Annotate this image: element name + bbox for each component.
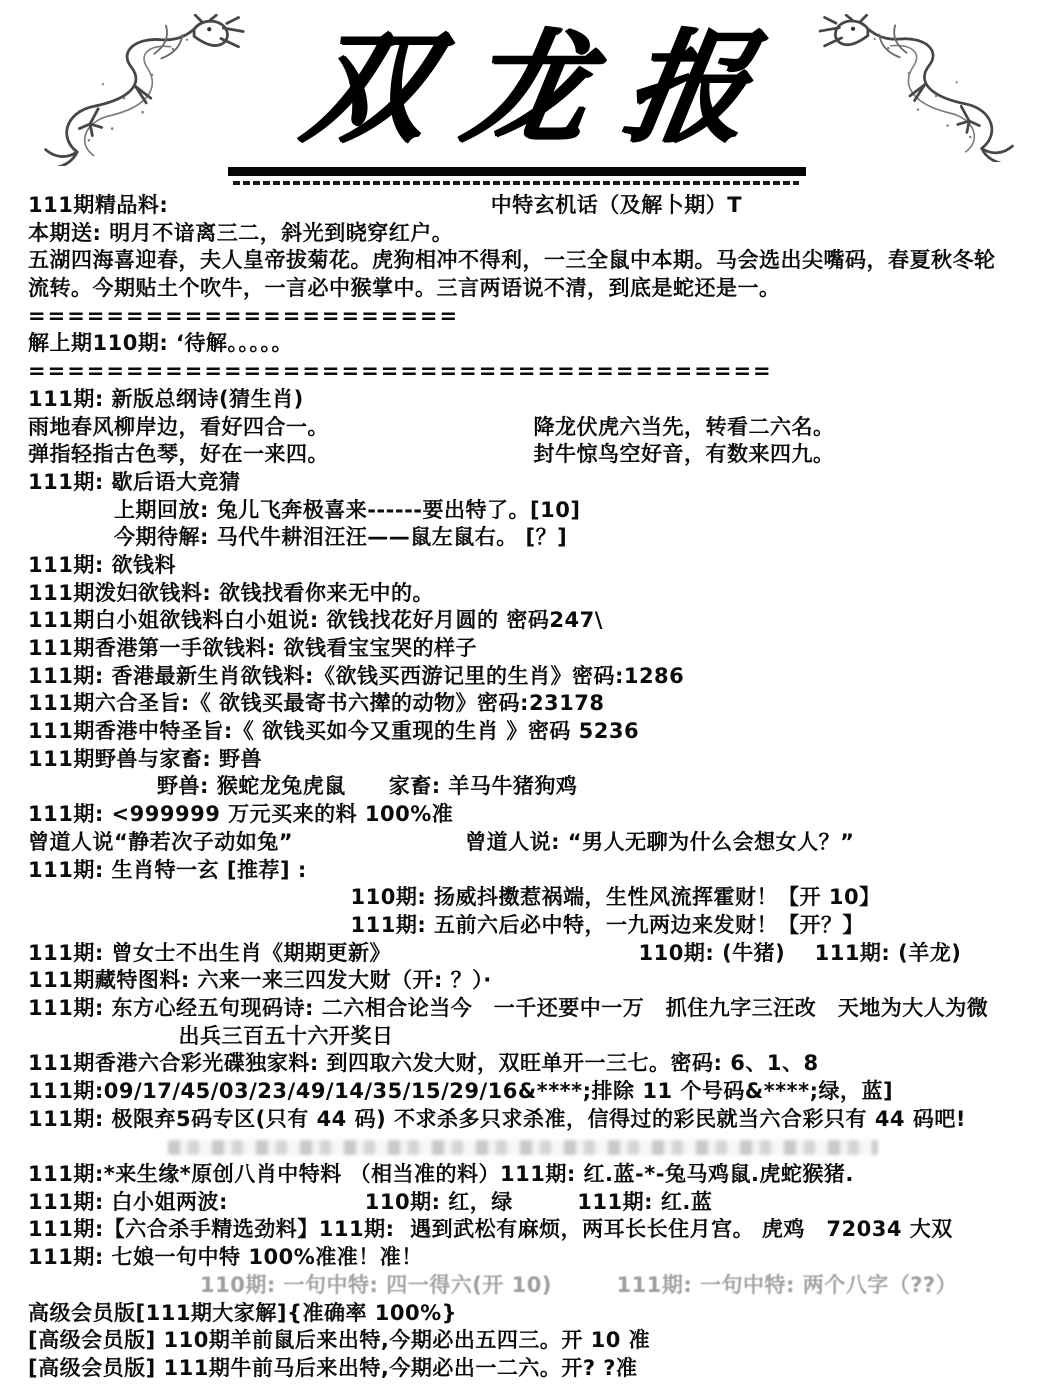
text-line: 111期六合圣旨:《 欲钱买最寄书六撵的动物》密码:23178 bbox=[0, 690, 1056, 718]
text-line: 111期: 新版总纲诗(猜生肖) bbox=[0, 386, 1056, 414]
text-line: 110期: 一句中特: 四一得六(开 10) 111期: 一句中特: 两个八字（… bbox=[0, 1272, 1056, 1300]
text-line: 本期送: 明月不谙离三二，斜光到晓穿红户。 bbox=[0, 220, 1056, 248]
dragon-right-icon bbox=[776, 14, 1028, 162]
text-line: 弹指轻指古色琴，好在一来四。 封牛惊鸟空好音，有数来四九。 bbox=[0, 441, 1056, 469]
text-line: 111期: 曾女士不出生肖《期期更新》 110期: (牛猪) 111期: (羊龙… bbox=[0, 940, 1056, 968]
text-line: 111期:【六合杀手精选劲料】111期: 遇到武松有麻烦，两耳长长住月宫。 虎鸡… bbox=[0, 1216, 1056, 1244]
text-line: 111期香港六合彩光碟独家料: 到四取六发大财，双旺单开一三七。密码: 6、1、… bbox=[0, 1050, 1056, 1078]
text-line: 111期: 七娘一句中特 100%准准！准！ bbox=[0, 1244, 1056, 1272]
text-line: 111期:*来生缘*原创八肖中特料 （相当准的料）111期: 红.蓝-*-兔马鸡… bbox=[0, 1161, 1056, 1189]
text-line: 流转。今期贴土个吹牛，一言必中猴掌中。三言两语说不清，到底是蛇还是一。 bbox=[0, 275, 1056, 303]
text-line: 曾道人说“静若次子动如兔” 曾道人说: “男人无聊为什么会想女人？” bbox=[0, 829, 1056, 857]
text-line: 上期回放: 兔儿飞奔极喜来------要出特了。[10] bbox=[0, 497, 1056, 525]
divider-line: ====================================== bbox=[0, 358, 1056, 386]
illegible-faded-line bbox=[0, 1133, 1056, 1161]
text-line: 111期精品料: 中特玄机话（及解卜期）T bbox=[0, 192, 1056, 220]
text-line: 111期野兽与家畜: 野兽 bbox=[0, 746, 1056, 774]
text-line: 111期: 白小姐两波: 110期: 红，绿 111期: 红.蓝 bbox=[0, 1189, 1056, 1217]
text-line: 野兽: 猴蛇龙兔虎鼠 家畜: 羊马牛猪狗鸡 bbox=[0, 773, 1056, 801]
scan-page: 双龙报 111期精品料: 中特玄机话（及解卜期）T本期送: 明月不谙离三二，斜光… bbox=[0, 0, 1056, 1388]
text-line: 高级会员版[111期大家解]{准确率 100%} bbox=[0, 1300, 1056, 1328]
text-line: 111期香港第一手欲钱料: 欲钱看宝宝哭的样子 bbox=[0, 635, 1056, 663]
text-line: 111期: <999999 万元买来的料 100%准 bbox=[0, 801, 1056, 829]
text-line: 111期: 歇后语大竞猜 bbox=[0, 469, 1056, 497]
text-line: 111期香港中特圣旨:《 欲钱买如今又重现的生肖 》密码 5236 bbox=[0, 718, 1056, 746]
title-underline-thick bbox=[228, 167, 806, 176]
title-underline-thin bbox=[233, 181, 799, 185]
page-title: 双龙报 bbox=[293, 0, 801, 165]
text-line: 111期:09/17/45/03/23/49/14/35/15/29/16&**… bbox=[0, 1078, 1056, 1106]
text-line: 111期泼妇欲钱料: 欲钱找看你来无中的。 bbox=[0, 580, 1056, 608]
text-line: 111期: 五前六后必中特，一九两边来发财！【开？】 bbox=[0, 912, 1056, 940]
masthead: 双龙报 bbox=[0, 0, 1056, 192]
text-line: 今期待解: 马代牛耕泪汪汪——鼠左鼠右。 [？] bbox=[0, 524, 1056, 552]
body-lines: 111期精品料: 中特玄机话（及解卜期）T本期送: 明月不谙离三二，斜光到晓穿红… bbox=[0, 192, 1056, 1383]
divider-line: ====================== bbox=[0, 303, 1056, 331]
text-line: 111期: 东方心经五句现码诗: 二六相合论当今 一千还要中一万 抓住九字三汪改… bbox=[0, 995, 1056, 1023]
text-line: 五湖四海喜迎春，夫人皇帝拔菊花。虎狗相冲不得利，一三全鼠中本期。马会选出尖嘴码，… bbox=[0, 247, 1056, 275]
text-line: 110期: 扬威抖擞惹祸端，生性风流挥霍财！【开 10】 bbox=[0, 884, 1056, 912]
text-line: 111期: 欲钱料 bbox=[0, 552, 1056, 580]
dragon-left-icon bbox=[16, 14, 302, 166]
text-line: 雨地春风柳岸边，看好四合一。 降龙伏虎六当先，转看二六名。 bbox=[0, 414, 1056, 442]
text-line: 111期: 香港最新生肖欲钱料:《欲钱买西游记里的生肖》密码:1286 bbox=[0, 663, 1056, 691]
text-line: 出兵三百五十六开奖日 bbox=[0, 1023, 1056, 1051]
text-line: [高级会员版] 111期牛前马后来出特,今期必出一二六。开? ?准 bbox=[0, 1355, 1056, 1383]
text-line: 111期藏特图料: 六来一来三四发大财（开: ？）· bbox=[0, 967, 1056, 995]
smudge-texture bbox=[168, 1140, 878, 1155]
text-line: 111期: 极限弃5码专区(只有 44 码) 不求杀多只求杀准，信得过的彩民就当… bbox=[0, 1106, 1056, 1134]
text-line: 111期白小姐欲钱料白小姐说: 欲钱找花好月圆的 密码247\ bbox=[0, 607, 1056, 635]
text-line: [高级会员版] 110期羊前鼠后来出特,今期必出五四三。开 10 准 bbox=[0, 1327, 1056, 1355]
text-line: 111期: 生肖特一玄 [推荐] : bbox=[0, 857, 1056, 885]
text-line: 解上期110期: ‘待解。。。。。 bbox=[0, 330, 1056, 358]
